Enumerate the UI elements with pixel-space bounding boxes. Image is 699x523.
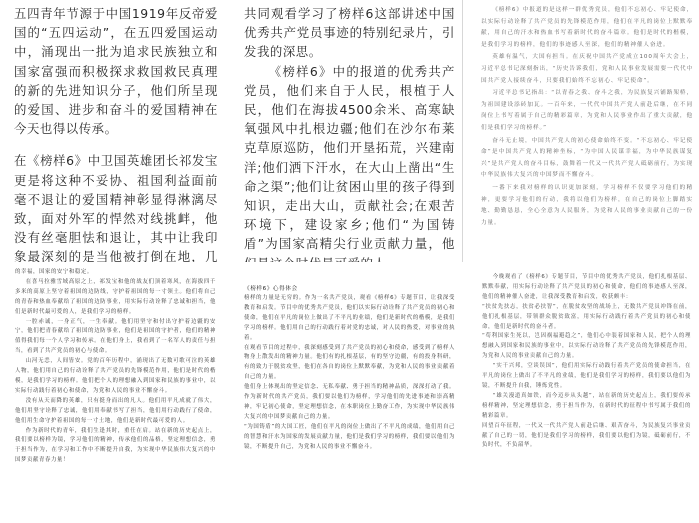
essay-panel-top-right: 《榜样6》中报道的是这样一群优秀党员，他们不忘初心、牢记使命，以实际行动诠释了共… [466, 0, 699, 272]
paragraph: 在《榜样6》中卫国英雄团长祁发宝更是将这种不妥协、祖国利益面前毫不退让的爱国精神… [14, 151, 218, 262]
paragraph: 回望百年征程，一代又一代共产党人前赴后继、艰苦奋斗，为民族复兴事业贡献了自己的一… [482, 422, 691, 452]
paragraph: 没有从天而降的英雄，只有挺身而出的凡人。他们用平凡成就了伟大，他们用坚守诠释了忠… [15, 397, 216, 427]
paragraph: “扶贫先扶志，扶贫必扶智”，在脱贫攻坚的战场上，无数共产党员冲锋在前，他们扎根基… [482, 303, 691, 333]
paragraph: 在观看节目的过程中，我深刻感受到了共产党员的初心和使命，感受到了榜样人物身上散发… [244, 344, 455, 384]
essay-panel-bottom-right: 今晚观看了《榜样6》专题节目，节目中的优秀共产党员，他们扎根基层、默默奉献，用实… [466, 271, 699, 523]
paragraph: 一腔赤诚，一身正气，一生奉献。他们用坚守和付出守护着边疆的安宁，他们把青春献给了… [15, 318, 216, 358]
panel-divider [228, 0, 229, 258]
essay-panel-bottom-middle: 《榜样6》心得体会 榜样的力量是无穷的。作为一名共产党员，观看《榜样6》专题节目… [232, 270, 461, 523]
paragraph: 五四青年节源于中国1919年反帝爱国的“五四运动”，在五四爱国运动中，涌现出一批… [14, 4, 218, 138]
paragraph: 《榜样6》中的报道的优秀共产党员，他们来自于人民，根植于人民，他们在海拔4500… [244, 62, 455, 262]
paragraph: 榜样的力量是无穷的。作为一名共产党员，观看《榜样6》专题节目，让我深受教育和启发… [244, 294, 455, 344]
essay-panel-top-middle: 共同观看学习了榜样6这部讲述中国优秀共产党员事迹的特别纪录片，引发我的深思。 《… [232, 0, 461, 262]
panel-divider [462, 0, 463, 262]
paragraph: 作为新时代的青年，我们生逢其时，重任在肩。站在新的历史起点上，我们要以榜样为镜，… [15, 427, 216, 467]
paragraph: “实干兴邦，空谈误国”，他们用实际行动践行着共产党员的使命担当，在平凡的岗位上做… [482, 362, 691, 392]
paragraph: 《榜样6》中报道的是这样一群优秀党员，他们不忘初心、牢记使命，以实际行动诠释了共… [481, 5, 693, 51]
paragraph: 的幸福，国家的安宁和稳定。 [15, 268, 216, 278]
paragraph: 共同观看学习了榜样6这部讲述中国优秀共产党员事迹的特别纪录片，引发我的深思。 [244, 4, 455, 62]
paragraph: 习近平总书记指出：“以青春之我、奋斗之我，为民族复兴铺路架桥，为祖国建设添砖加瓦… [481, 88, 693, 134]
essay-heading: 《榜样6》心得体会 [244, 284, 455, 294]
paragraph: 他们身上体现出的坚定信念、无私奉献、勇于担当的精神品质，深深打动了我。作为新时代… [244, 383, 455, 423]
paragraph: 在喜马拉雅雪域高原之上，祁发宝和他的战友们顶着寒风，在海拔四千多米的高原上坚守着… [15, 278, 216, 318]
paragraph: “为国铸盾”的大国工匠，他们在平凡的岗位上做出了不平凡的成绩，他们用自己的智慧和… [244, 423, 455, 453]
paragraph: “雄关漫道真如铁，而今迈步从头越”，站在新的历史起点上，我们要传承榜样精神，坚定… [482, 392, 691, 422]
essay-panel-top-left: 五四青年节源于中国1919年反帝爱国的“五四运动”，在五四爱国运动中，涌现出一批… [0, 0, 224, 262]
paragraph: 山河无恙，人间皆安。党的百年历程中，涌现出了无数可歌可泣的英雄人物，他们用自己的… [15, 357, 216, 397]
paragraph: 一番下来我对榜样的认识更加深刻，学习榜样不仅要学习他们的精神，更要学习他们的行动… [481, 183, 693, 229]
paragraph: 英雄有温气，大国有担当。在庆祝中国共产党成立100周年大会上，习近平总书记深刻指… [481, 52, 693, 87]
paragraph: 奋斗无止境，中国共产党人的初心使命始终不变。“不忘初心、牢记使命”是中国共产党人… [481, 136, 693, 182]
essay-panel-bottom-left: 的幸福，国家的安宁和稳定。 在喜马拉雅雪域高原之上，祁发宝和他的战友们顶着寒风，… [0, 265, 224, 523]
paragraph: 今晚观看了《榜样6》专题节目，节目中的优秀共产党员，他们扎根基层、默默奉献，用实… [482, 273, 691, 303]
paragraph: “苟利国家生死以，岂因祸福避趋之”，他们心中装着国家和人民，把个人的理想融入到国… [482, 332, 691, 362]
